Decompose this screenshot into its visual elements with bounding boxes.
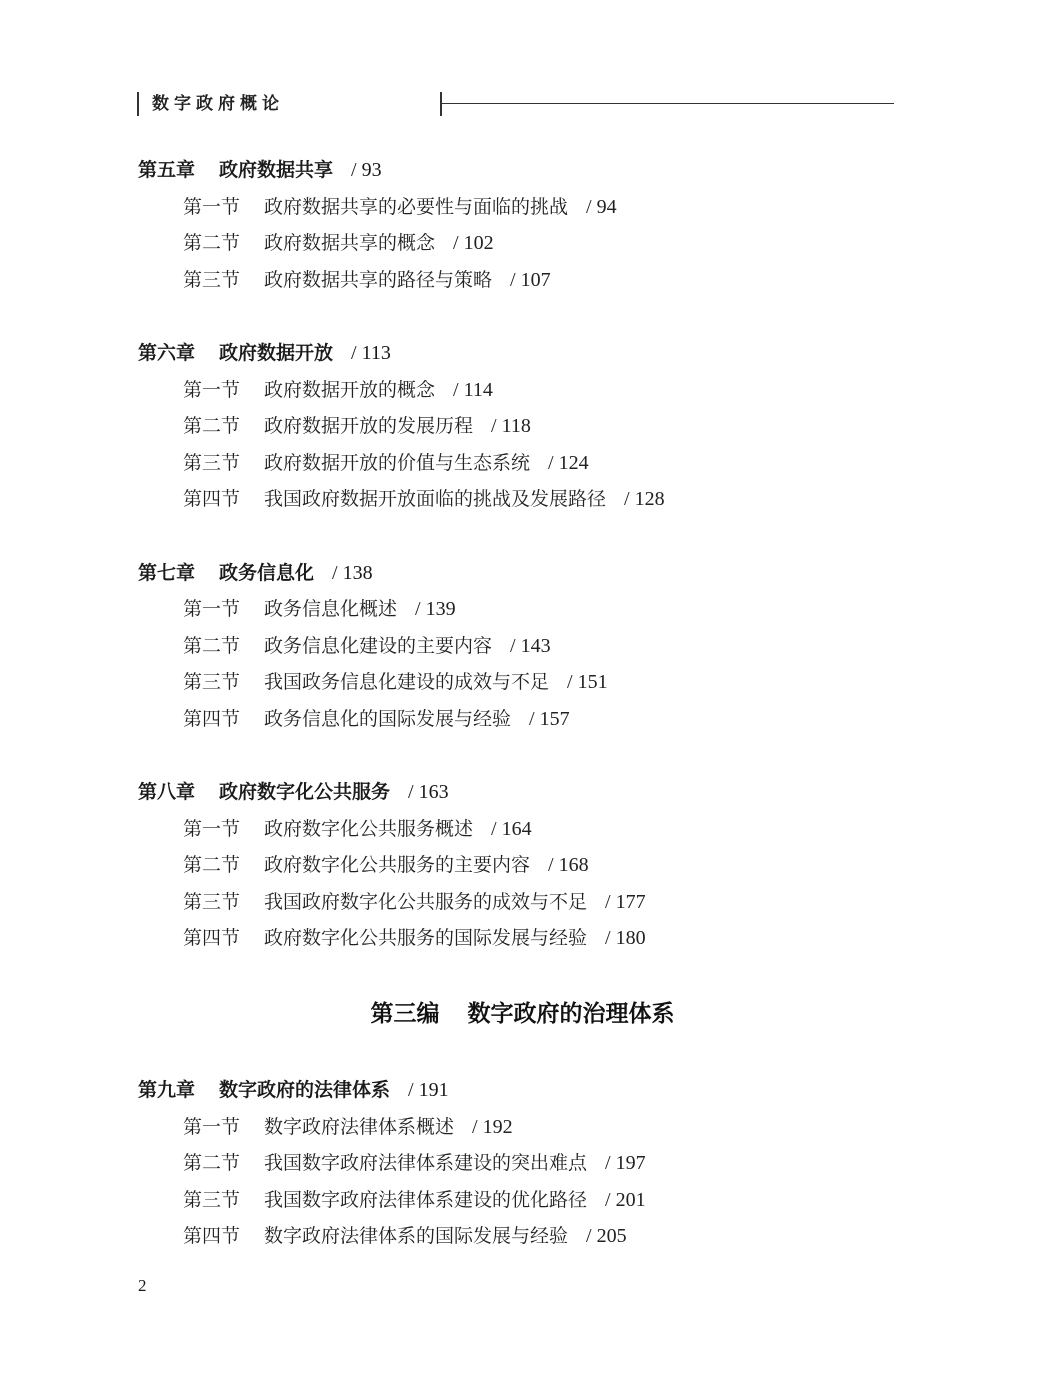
section-label: 第四节	[183, 927, 240, 949]
chapter-label: 第七章	[138, 560, 195, 586]
chapter-label: 第五章	[138, 157, 195, 183]
page-number: / 113	[351, 342, 391, 364]
section-label: 第二节	[183, 854, 240, 876]
toc-section[interactable]: 第四节政务信息化的国际发展与经验/ 157	[183, 706, 570, 732]
page-number: / 157	[529, 708, 570, 730]
chapter-label: 第八章	[138, 779, 195, 805]
section-label: 第二节	[183, 415, 240, 437]
toc-section[interactable]: 第二节政府数据开放的发展历程/ 118	[183, 413, 531, 439]
toc-section[interactable]: 第三节政府数据共享的路径与策略/ 107	[183, 267, 551, 293]
toc-chapter-6[interactable]: 第六章政府数据开放/ 113	[138, 340, 391, 366]
toc-chapter-9[interactable]: 第九章数字政府的法律体系/ 191	[138, 1077, 449, 1103]
section-label: 第三节	[183, 1189, 240, 1211]
toc-section[interactable]: 第三节政府数据开放的价值与生态系统/ 124	[183, 450, 589, 476]
section-title: 我国政府数字化公共服务的成效与不足	[264, 891, 587, 913]
section-title: 政府数字化公共服务的主要内容	[264, 854, 530, 876]
page-number: / 143	[510, 635, 551, 657]
page-number: / 191	[408, 1079, 449, 1101]
page-number: / 107	[510, 269, 551, 291]
section-title: 政府数字化公共服务的国际发展与经验	[264, 927, 587, 949]
chapter-label: 第六章	[138, 340, 195, 366]
page-folio: 2	[138, 1276, 147, 1296]
section-label: 第二节	[183, 232, 240, 254]
toc-section[interactable]: 第四节我国政府数据开放面临的挑战及发展路径/ 128	[183, 486, 665, 512]
page-number: / 128	[624, 488, 665, 510]
header-rule	[442, 103, 894, 104]
section-label: 第三节	[183, 671, 240, 693]
section-title: 政府数据共享的概念	[264, 232, 435, 254]
toc-section[interactable]: 第四节数字政府法律体系的国际发展与经验/ 205	[183, 1223, 627, 1249]
toc-section[interactable]: 第一节政府数据共享的必要性与面临的挑战/ 94	[183, 194, 617, 220]
section-label: 第三节	[183, 269, 240, 291]
toc-section[interactable]: 第三节我国政务信息化建设的成效与不足/ 151	[183, 669, 608, 695]
page-number: / 151	[567, 671, 608, 693]
running-header: 数字政府概论	[137, 92, 894, 116]
section-label: 第四节	[183, 488, 240, 510]
toc-section[interactable]: 第二节我国数字政府法律体系建设的突出难点/ 197	[183, 1150, 646, 1176]
toc-section[interactable]: 第一节政府数字化公共服务概述/ 164	[183, 816, 532, 842]
page-number: / 124	[548, 452, 589, 474]
section-title: 我国数字政府法律体系建设的突出难点	[264, 1152, 587, 1174]
toc-chapter-8[interactable]: 第八章政府数字化公共服务/ 163	[138, 779, 449, 805]
section-title: 政务信息化概述	[264, 598, 397, 620]
toc-chapter-5[interactable]: 第五章政府数据共享/ 93	[138, 157, 382, 183]
page-number: / 192	[472, 1116, 513, 1138]
section-title: 政务信息化建设的主要内容	[264, 635, 492, 657]
toc-section[interactable]: 第二节政府数字化公共服务的主要内容/ 168	[183, 852, 589, 878]
section-label: 第二节	[183, 635, 240, 657]
toc-section[interactable]: 第二节政府数据共享的概念/ 102	[183, 230, 494, 256]
section-label: 第三节	[183, 891, 240, 913]
section-label: 第二节	[183, 1152, 240, 1174]
toc-chapter-7[interactable]: 第七章政务信息化/ 138	[138, 560, 373, 586]
part-label: 第三编	[371, 1000, 440, 1027]
section-title: 政府数据共享的必要性与面临的挑战	[264, 196, 568, 218]
page-number: / 197	[605, 1152, 646, 1174]
page-number: / 168	[548, 854, 589, 876]
header-bar-left	[137, 92, 139, 116]
page-number: / 163	[408, 781, 449, 803]
toc-section[interactable]: 第四节政府数字化公共服务的国际发展与经验/ 180	[183, 925, 646, 951]
chapter-label: 第九章	[138, 1077, 195, 1103]
section-title: 数字政府法律体系概述	[264, 1116, 454, 1138]
section-label: 第一节	[183, 818, 240, 840]
section-title: 政务信息化的国际发展与经验	[264, 708, 511, 730]
section-label: 第四节	[183, 1225, 240, 1247]
section-title: 我国数字政府法律体系建设的优化路径	[264, 1189, 587, 1211]
toc-section[interactable]: 第一节政府数据开放的概念/ 114	[183, 377, 493, 403]
part-title-text: 数字政府的治理体系	[468, 1000, 675, 1027]
section-title: 数字政府法律体系的国际发展与经验	[264, 1225, 568, 1247]
toc-section[interactable]: 第三节我国数字政府法律体系建设的优化路径/ 201	[183, 1187, 646, 1213]
section-title: 我国政府数据开放面临的挑战及发展路径	[264, 488, 606, 510]
page-number: / 94	[586, 196, 617, 218]
section-title: 政府数据开放的价值与生态系统	[264, 452, 530, 474]
page-number: / 102	[453, 232, 494, 254]
page-number: / 118	[491, 415, 531, 437]
section-label: 第一节	[183, 1116, 240, 1138]
page-number: / 138	[332, 562, 373, 584]
page-number: / 205	[586, 1225, 627, 1247]
section-title: 我国政务信息化建设的成效与不足	[264, 671, 549, 693]
section-label: 第三节	[183, 452, 240, 474]
page-number: / 114	[453, 379, 493, 401]
page-number: / 201	[605, 1189, 646, 1211]
section-label: 第一节	[183, 379, 240, 401]
page-number: / 180	[605, 927, 646, 949]
toc-section[interactable]: 第一节政务信息化概述/ 139	[183, 596, 456, 622]
page-number: / 139	[415, 598, 456, 620]
section-title: 政府数据开放的发展历程	[264, 415, 473, 437]
toc-section[interactable]: 第三节我国政府数字化公共服务的成效与不足/ 177	[183, 889, 646, 915]
toc-section[interactable]: 第二节政务信息化建设的主要内容/ 143	[183, 633, 551, 659]
page-number: / 177	[605, 891, 646, 913]
header-bar-mid	[440, 92, 442, 116]
section-title: 政府数据开放的概念	[264, 379, 435, 401]
page-number: / 93	[351, 159, 382, 181]
section-label: 第一节	[183, 598, 240, 620]
toc-section[interactable]: 第一节数字政府法律体系概述/ 192	[183, 1114, 513, 1140]
chapter-title: 政府数据共享	[219, 159, 333, 181]
page-number: / 164	[491, 818, 532, 840]
section-label: 第一节	[183, 196, 240, 218]
section-title: 政府数字化公共服务概述	[264, 818, 473, 840]
section-title: 政府数据共享的路径与策略	[264, 269, 492, 291]
chapter-title: 政务信息化	[219, 562, 314, 584]
part-heading: 第三编数字政府的治理体系	[0, 998, 1045, 1030]
chapter-title: 政府数字化公共服务	[219, 781, 390, 803]
chapter-title: 数字政府的法律体系	[219, 1079, 390, 1101]
section-label: 第四节	[183, 708, 240, 730]
chapter-title: 政府数据开放	[219, 342, 333, 364]
book-title: 数字政府概论	[152, 93, 284, 115]
